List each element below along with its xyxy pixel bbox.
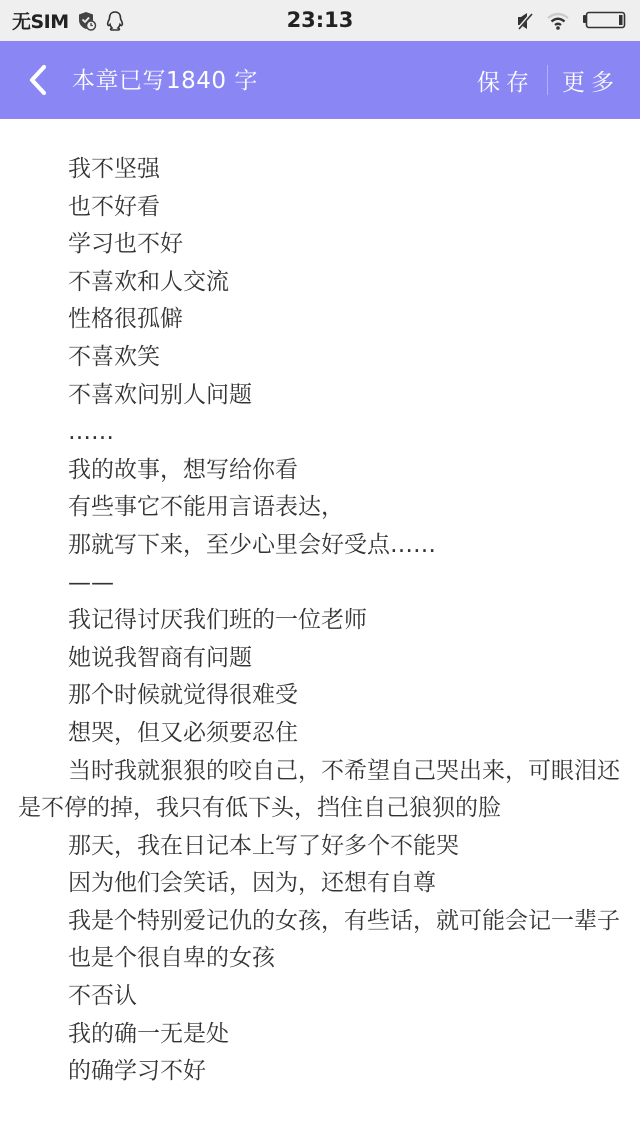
status-bar: 无SIM 23:13 [0,0,640,41]
paragraph: 不否认 [18,978,626,1016]
paragraph: 的确学习不好 [18,1053,626,1091]
paragraph: 性格很孤僻 [18,301,626,339]
wifi-icon [546,11,570,31]
paragraph: 因为他们会笑话，因为，还想有自尊 [18,865,626,903]
paragraph: 那个时候就觉得很难受 [18,677,626,715]
status-bar-right [516,0,626,41]
save-button[interactable]: 保存 [473,64,539,97]
paragraph: 不喜欢笑 [18,339,626,377]
chapter-text-area[interactable]: 我不坚强 也不好看 学习也不好 不喜欢和人交流 性格很孤僻 不喜欢笑 不喜欢问别… [18,151,626,1091]
app-bar-actions: 保存 更多 [473,41,624,119]
carrier-label: 无SIM [12,7,69,34]
word-count-title: 本章已写1840 字 [72,41,258,119]
paragraph: —— [18,565,626,603]
app-bar: 本章已写1840 字 保存 更多 [0,41,640,119]
paragraph: 也不好看 [18,189,626,227]
paragraph: 那就写下来，至少心里会好受点…… [18,527,626,565]
paragraph: 我不坚强 [18,151,626,189]
paragraph: 我是个特别爱记仇的女孩，有些话，就可能会记一辈子 [18,903,626,941]
paragraph: 不喜欢和人交流 [18,264,626,302]
paragraph: 她说我智商有问题 [18,640,626,678]
more-button[interactable]: 更多 [558,64,624,97]
back-button[interactable] [18,41,58,119]
paragraph: 不喜欢问别人问题 [18,377,626,415]
paragraph: 我的确一无是处 [18,1016,626,1054]
paragraph: 有些事它不能用言语表达， [18,489,626,527]
paragraph: 那天，我在日记本上写了好多个不能哭 [18,828,626,866]
paragraph: 我记得讨厌我们班的一位老师 [18,602,626,640]
status-bar-left: 无SIM [12,0,125,41]
paragraph: 当时我就狠狠的咬自己，不希望自己哭出来，可眼泪还是不停的掉，我只有低下头，挡住自… [18,753,626,828]
chapter-editor[interactable]: 我不坚强 也不好看 学习也不好 不喜欢和人交流 性格很孤僻 不喜欢笑 不喜欢问别… [0,119,640,1138]
shield-clock-icon [77,11,97,31]
paragraph: 也是个很自卑的女孩 [18,940,626,978]
vibrate-mute-icon [516,11,534,31]
action-divider [547,65,548,95]
chevron-left-icon [27,64,49,96]
paragraph: 我的故事，想写给你看 [18,452,626,490]
paragraph: …… [18,414,626,452]
qq-penguin-icon [105,10,125,32]
battery-icon [582,11,626,31]
paragraph: 想哭，但又必须要忍住 [18,715,626,753]
paragraph: 学习也不好 [18,226,626,264]
